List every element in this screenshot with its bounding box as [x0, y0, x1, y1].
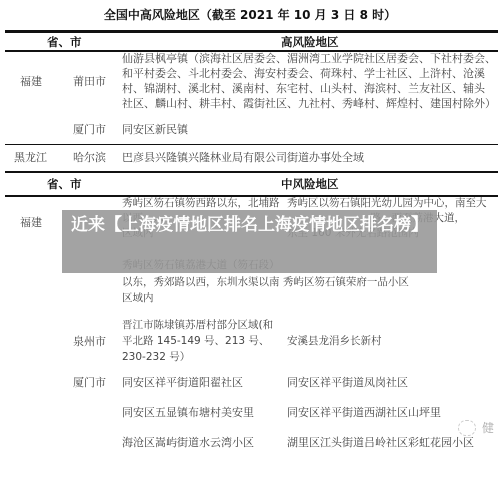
watermark-text: 健 [482, 419, 494, 436]
high-risk-header-col1: 省、市 [47, 34, 82, 50]
high-risk-header-col2: 高风险地区 [281, 34, 339, 50]
page-title: 全国中高风险地区（截至 2021 年 10 月 3 日 8 时） [0, 6, 500, 23]
putian-line-2: 和平村委会、斗北村委会、海安村委会、荷珠村、学士社区、上浒村、沧溪 [122, 66, 485, 81]
putian-line-4: 社区、麟山村、耕丰村、霞街社区、九社村、秀峰村、辉煌村、建国村除外） [122, 96, 496, 111]
quanzhou-left-line-3: 230-232 号） [122, 350, 190, 365]
wechat-logo-icon [458, 420, 476, 436]
xiamen-area: 同安区新民镇 [122, 122, 188, 137]
putian-line-1: 仙游县枫亭镇（滨海社区居委会、湄洲湾工业学院社区居委会、下社村委会、 [122, 51, 496, 66]
row-divider [5, 144, 498, 145]
block2-line-2: 以东，秀郊路以西，东圳水渠以南 秀屿区笏石镇荣府一品小区 [122, 275, 409, 290]
quanzhou-left-line-2: 平北路 145-149 号、213 号、 [122, 334, 269, 349]
xiamen-r2-left: 同安区五显镇布塘村美安里 [122, 405, 254, 420]
putian-line-3: 村、锦湖村、溪北村、溪南村、东宅村、山头村、海滨村、兰友社区、辅头 [122, 81, 485, 96]
city-quanzhou: 泉州市 [73, 334, 106, 349]
section-rule [5, 171, 498, 173]
harbin-area: 巴彦县兴隆镇兴隆林业局有限公司街道办事处全域 [122, 150, 364, 165]
medium-risk-header-col2: 中风险地区 [281, 176, 339, 192]
table-top-rule [5, 30, 498, 33]
xiamen-r3-left: 海沧区嵩屿街道水云湾小区 [122, 435, 254, 450]
city-putian: 莆田市 [73, 74, 106, 89]
province-fujian-medium: 福建 [20, 215, 42, 230]
quanzhou-right: 安溪县龙涓乡长新村 [287, 334, 382, 349]
city-xiamen-medium: 厦门市 [73, 375, 106, 390]
block1-right-line-1: 秀屿区以笏石镇阳光幼儿园为中心，南至大 [287, 196, 487, 211]
block1-left-line-1: 秀屿区笏石镇笏西路以东，北埔路 [122, 196, 280, 211]
xiamen-r1-right: 同安区祥平街道凤岗社区 [287, 375, 408, 390]
city-xiamen: 厦门市 [73, 122, 106, 137]
headline-overlay: 近来【上海疫情地区排名上海疫情地区排名榜】 [62, 210, 437, 273]
xiamen-r1-left: 同安区祥平街道阳翟社区 [122, 375, 243, 390]
quanzhou-left-line-1: 晋江市陈埭镇苏厝村部分区域(和 [122, 318, 273, 333]
medium-risk-header-col1: 省、市 [47, 176, 82, 192]
xiamen-r2-right: 同安区祥平街道西湖社区山坪里 [287, 405, 441, 420]
block2-line-3: 区域内 [122, 291, 154, 306]
xiamen-r3-right: 湖里区江头街道吕岭社区彩虹花园小区 [287, 435, 474, 450]
city-harbin: 哈尔滨 [73, 150, 106, 165]
headline-text: 近来【上海疫情地区排名上海疫情地区排名榜】 [62, 213, 437, 237]
province-heilongjiang: 黑龙江 [14, 150, 47, 165]
province-fujian: 福建 [20, 74, 42, 89]
